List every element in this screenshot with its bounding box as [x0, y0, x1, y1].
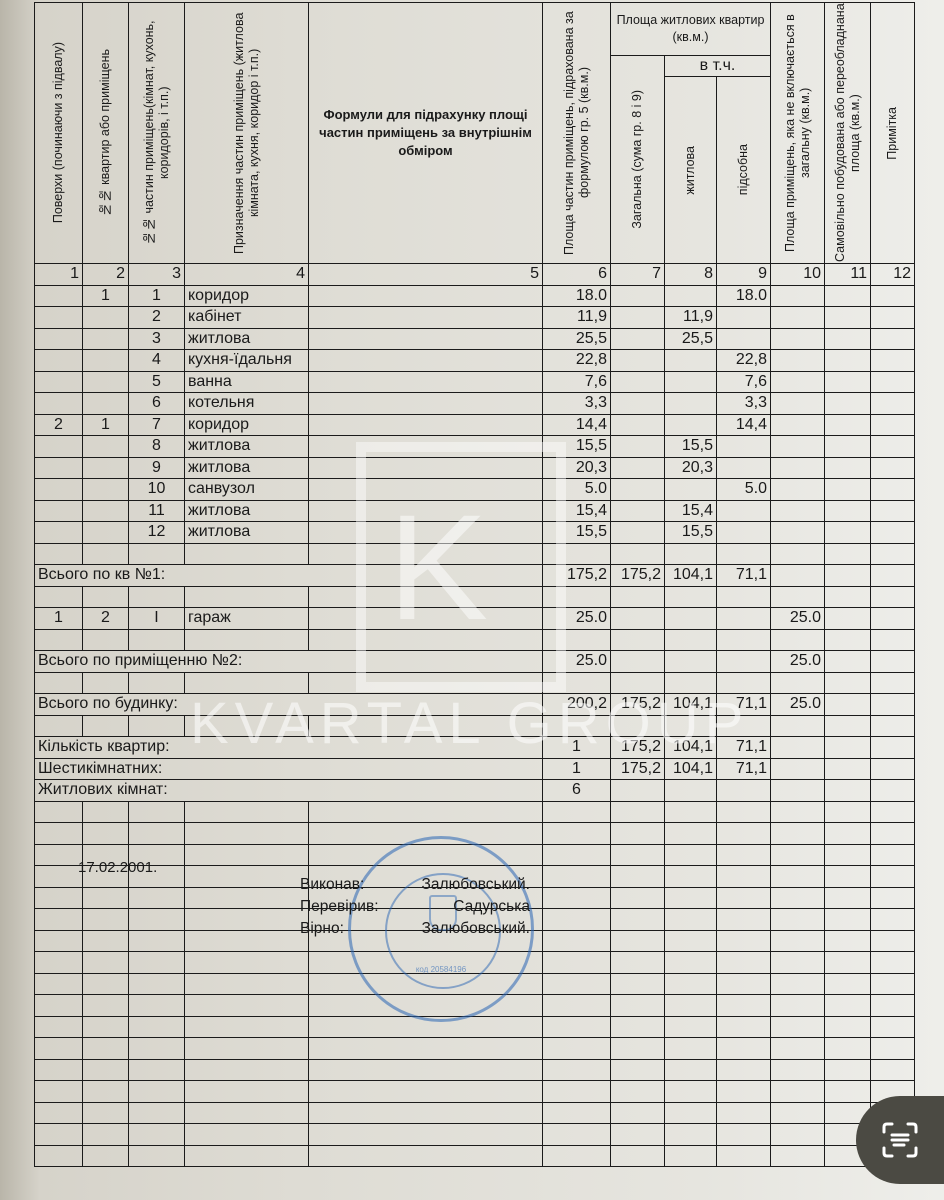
- table-cell: 104,1: [665, 737, 717, 759]
- table-cell: [717, 307, 771, 329]
- table-cell: [611, 995, 665, 1017]
- table-cell: [717, 1081, 771, 1103]
- table-cell: [83, 629, 129, 651]
- table-cell: санвузол: [185, 479, 309, 501]
- table-cell: [83, 995, 129, 1017]
- table-cell: [871, 522, 915, 544]
- table-cell: [185, 887, 309, 909]
- table-cell: [309, 371, 543, 393]
- table-cell: [825, 887, 871, 909]
- table-cell: [825, 350, 871, 372]
- table-cell: 175,2: [611, 737, 665, 759]
- table-cell: [309, 285, 543, 307]
- table-cell: [871, 307, 915, 329]
- table-cell: 7,6: [717, 371, 771, 393]
- table-cell: [871, 737, 915, 759]
- table-cell: [35, 629, 83, 651]
- table-cell: [309, 307, 543, 329]
- table-cell: [35, 436, 83, 458]
- table-cell: [611, 1124, 665, 1146]
- table-cell: [309, 500, 543, 522]
- header-unauthorized: Самовільно побудована або переобладнана …: [825, 3, 871, 264]
- table-cell: [771, 1124, 825, 1146]
- table-cell: [665, 952, 717, 974]
- table-cell: [771, 1081, 825, 1103]
- table-cell: 3: [129, 328, 185, 350]
- table-cell: 71,1: [717, 737, 771, 759]
- table-cell: [35, 844, 83, 866]
- table-cell: [611, 887, 665, 909]
- table-cell: 15,4: [543, 500, 611, 522]
- apartments-count-row: Кількість квартир:1175,2104,171,1: [35, 737, 915, 759]
- table-cell: [35, 586, 83, 608]
- table-cell: [185, 952, 309, 974]
- table-cell: [543, 1016, 611, 1038]
- table-cell: [871, 457, 915, 479]
- table-cell: [825, 393, 871, 415]
- room-row: 9житлова20,320,3: [35, 457, 915, 479]
- table-cell: [129, 1059, 185, 1081]
- table-cell: [543, 586, 611, 608]
- empty-row: [35, 1038, 915, 1060]
- empty-row: [35, 1081, 915, 1103]
- empty-row: [35, 672, 915, 694]
- table-cell: 15,5: [665, 436, 717, 458]
- table-cell: житлова: [185, 457, 309, 479]
- table-cell: [83, 1124, 129, 1146]
- table-cell: [83, 393, 129, 415]
- table-cell: 175,2: [611, 758, 665, 780]
- table-cell: [825, 328, 871, 350]
- table-cell: [871, 414, 915, 436]
- table-cell: [611, 844, 665, 866]
- table-cell: котельня: [185, 393, 309, 415]
- table-cell: [717, 780, 771, 802]
- table-cell: 175,2: [611, 565, 665, 587]
- column-index: 10: [771, 264, 825, 286]
- table-cell: [665, 973, 717, 995]
- table-cell: [717, 436, 771, 458]
- table-cell: [611, 414, 665, 436]
- table-cell: 8: [129, 436, 185, 458]
- empty-row: [35, 586, 915, 608]
- table-cell: [771, 328, 825, 350]
- table-cell: [771, 307, 825, 329]
- table-cell: [825, 866, 871, 888]
- table-cell: [717, 995, 771, 1017]
- table-cell: [611, 801, 665, 823]
- table-cell: [35, 1145, 83, 1167]
- table-cell: [83, 457, 129, 479]
- table-cell: [35, 457, 83, 479]
- table-cell: [771, 1102, 825, 1124]
- table-cell: [825, 823, 871, 845]
- table-cell: [871, 565, 915, 587]
- table-cell: [35, 823, 83, 845]
- table-cell: [543, 887, 611, 909]
- table-cell: [665, 543, 717, 565]
- table-cell: 5: [129, 371, 185, 393]
- table-cell: [665, 1081, 717, 1103]
- table-cell: житлова: [185, 436, 309, 458]
- table-cell: [611, 328, 665, 350]
- signature-executed: Виконав:Залюбовський.: [300, 874, 530, 896]
- table-cell: [771, 844, 825, 866]
- table-cell: гараж: [185, 608, 309, 630]
- table-cell: [129, 1016, 185, 1038]
- room-row: 10санвузол5.05.0: [35, 479, 915, 501]
- table-cell: [771, 436, 825, 458]
- table-cell: [129, 930, 185, 952]
- table-cell: [185, 866, 309, 888]
- table-cell: [309, 1059, 543, 1081]
- table-cell: [309, 1145, 543, 1167]
- table-cell: 14,4: [717, 414, 771, 436]
- table-cell: [543, 629, 611, 651]
- table-cell: [771, 887, 825, 909]
- table-cell: [717, 672, 771, 694]
- table-cell: [717, 1059, 771, 1081]
- document-photo: Поверхи (починаючи з підвалу) №№ квартир…: [0, 0, 944, 1200]
- table-cell: [665, 715, 717, 737]
- table-cell: 5.0: [543, 479, 611, 501]
- table-cell: [771, 737, 825, 759]
- table-cell: [611, 629, 665, 651]
- table-cell: [35, 866, 83, 888]
- table-cell: [543, 844, 611, 866]
- table-cell: [871, 371, 915, 393]
- column-index: 8: [665, 264, 717, 286]
- table-cell: [185, 1038, 309, 1060]
- room-row: 8житлова15,515,5: [35, 436, 915, 458]
- table-cell: [771, 909, 825, 931]
- table-cell: [771, 995, 825, 1017]
- table-cell: ванна: [185, 371, 309, 393]
- table-cell: [83, 973, 129, 995]
- table-cell: [871, 930, 915, 952]
- table-cell: [825, 1038, 871, 1060]
- table-cell: [309, 414, 543, 436]
- table-cell: [129, 1081, 185, 1103]
- table-cell: [665, 1124, 717, 1146]
- total-apartment-row: Всього по кв №1:175,2175,2104,171,1: [35, 565, 915, 587]
- table-cell: [825, 651, 871, 673]
- table-cell: 71,1: [717, 758, 771, 780]
- table-cell: [611, 285, 665, 307]
- header-room-numbers: №№ частин приміщень(кімнат, кухонь, кори…: [129, 3, 185, 264]
- table-cell: [129, 543, 185, 565]
- table-cell: [825, 522, 871, 544]
- table-cell: [771, 973, 825, 995]
- table-cell: 18.0: [717, 285, 771, 307]
- table-cell: [717, 608, 771, 630]
- table-cell: 11,9: [665, 307, 717, 329]
- table-cell: [35, 973, 83, 995]
- table-cell: [185, 1016, 309, 1038]
- table-cell: 6: [129, 393, 185, 415]
- table-cell: [129, 1038, 185, 1060]
- table-cell: [771, 866, 825, 888]
- table-cell: [717, 887, 771, 909]
- empty-row: [35, 1102, 915, 1124]
- table-cell: [717, 1145, 771, 1167]
- table-cell: [665, 393, 717, 415]
- table-cell: [543, 995, 611, 1017]
- table-cell: [185, 823, 309, 845]
- table-cell: 18.0: [543, 285, 611, 307]
- table-cell: [871, 285, 915, 307]
- row-label: Всього по приміщенню №2:: [35, 651, 543, 673]
- table-cell: [665, 1102, 717, 1124]
- table-cell: 25,5: [543, 328, 611, 350]
- table-cell: [185, 801, 309, 823]
- header-formulas: Формули для підрахунку площі частин прим…: [309, 3, 543, 264]
- table-cell: [543, 930, 611, 952]
- table-cell: [665, 801, 717, 823]
- table-cell: [717, 909, 771, 931]
- empty-row: [35, 1124, 915, 1146]
- table-cell: [83, 371, 129, 393]
- column-index: 7: [611, 264, 665, 286]
- table-cell: [611, 823, 665, 845]
- table-cell: [825, 586, 871, 608]
- table-cell: [825, 629, 871, 651]
- table-cell: [771, 285, 825, 307]
- table-cell: 6: [543, 780, 611, 802]
- table-cell: 20,3: [665, 457, 717, 479]
- table-cell: [543, 715, 611, 737]
- header-including: в т.ч.: [665, 56, 771, 77]
- room-row: 4кухня-їдальня22,822,8: [35, 350, 915, 372]
- table-cell: [825, 780, 871, 802]
- table-cell: [825, 285, 871, 307]
- table-cell: 200,2: [543, 694, 611, 716]
- table-cell: [83, 500, 129, 522]
- table-cell: [665, 780, 717, 802]
- table-cell: [825, 995, 871, 1017]
- table-cell: [665, 909, 717, 931]
- table-cell: [543, 1038, 611, 1060]
- column-index-row: 123456789101112: [35, 264, 915, 286]
- table-cell: [611, 930, 665, 952]
- table-cell: [185, 973, 309, 995]
- table-cell: [309, 479, 543, 501]
- table-cell: [309, 629, 543, 651]
- table-cell: [871, 866, 915, 888]
- table-cell: 3,3: [717, 393, 771, 415]
- table-cell: [871, 1016, 915, 1038]
- table-cell: [871, 909, 915, 931]
- table-cell: [543, 672, 611, 694]
- table-cell: 25.0: [771, 694, 825, 716]
- table-cell: [129, 823, 185, 845]
- table-cell: [309, 328, 543, 350]
- table-cell: [825, 952, 871, 974]
- total-premise-row: Всього по приміщенню №2:25.025.0: [35, 651, 915, 673]
- signatures: Виконав:Залюбовський. Перевірив:Садурськ…: [300, 874, 530, 940]
- table-cell: [309, 1102, 543, 1124]
- table-cell: [35, 479, 83, 501]
- text-scan-icon: [878, 1118, 922, 1162]
- table-cell: [717, 500, 771, 522]
- table-cell: [825, 457, 871, 479]
- table-cell: [825, 715, 871, 737]
- table-cell: [717, 801, 771, 823]
- table-cell: [35, 887, 83, 909]
- room-row: 3житлова25,525,5: [35, 328, 915, 350]
- table-cell: [871, 543, 915, 565]
- table-cell: [35, 952, 83, 974]
- table-cell: [665, 414, 717, 436]
- table-cell: [871, 479, 915, 501]
- table-cell: [665, 629, 717, 651]
- table-cell: [825, 672, 871, 694]
- table-cell: [771, 823, 825, 845]
- table-cell: [665, 1145, 717, 1167]
- table-cell: [771, 500, 825, 522]
- table-cell: [825, 608, 871, 630]
- six-room-row: Шестикімнатних:1175,2104,171,1: [35, 758, 915, 780]
- table-cell: 3,3: [543, 393, 611, 415]
- table-cell: 25.0: [543, 608, 611, 630]
- table-cell: [871, 844, 915, 866]
- table-cell: [871, 436, 915, 458]
- empty-row: [35, 1145, 915, 1167]
- table-cell: [611, 672, 665, 694]
- table-cell: [611, 1102, 665, 1124]
- table-cell: 104,1: [665, 694, 717, 716]
- table-cell: [825, 500, 871, 522]
- table-cell: [309, 1124, 543, 1146]
- table-cell: [35, 500, 83, 522]
- table-cell: [35, 1016, 83, 1038]
- table-cell: [825, 479, 871, 501]
- table-cell: 7: [129, 414, 185, 436]
- column-index: 12: [871, 264, 915, 286]
- table-cell: [771, 801, 825, 823]
- table-cell: житлова: [185, 328, 309, 350]
- table-cell: I: [129, 608, 185, 630]
- table-cell: [83, 715, 129, 737]
- table-cell: [543, 909, 611, 931]
- table-cell: 22,8: [543, 350, 611, 372]
- table-cell: [871, 1038, 915, 1060]
- table-cell: [665, 1059, 717, 1081]
- table-cell: [871, 500, 915, 522]
- living-rooms-row: Житлових кімнат:6: [35, 780, 915, 802]
- table-cell: [611, 1081, 665, 1103]
- table-cell: [825, 565, 871, 587]
- table-cell: 1: [543, 758, 611, 780]
- table-cell: 1: [83, 285, 129, 307]
- table-cell: [825, 930, 871, 952]
- table-cell: [665, 586, 717, 608]
- table-cell: [35, 930, 83, 952]
- table-cell: 7,6: [543, 371, 611, 393]
- table-cell: [717, 1102, 771, 1124]
- empty-row: [35, 823, 915, 845]
- column-index: 3: [129, 264, 185, 286]
- table-cell: [83, 1038, 129, 1060]
- table-cell: [665, 823, 717, 845]
- table-cell: [771, 629, 825, 651]
- header-living-group: Площа житлових квартир (кв.м.): [611, 3, 771, 56]
- table-cell: 11,9: [543, 307, 611, 329]
- row-label: Всього по кв №1:: [35, 565, 543, 587]
- table-cell: кабінет: [185, 307, 309, 329]
- table-cell: [665, 672, 717, 694]
- table-cell: [871, 350, 915, 372]
- table-cell: [543, 866, 611, 888]
- table-cell: [83, 909, 129, 931]
- table-cell: [771, 457, 825, 479]
- table-cell: [771, 522, 825, 544]
- table-cell: [83, 801, 129, 823]
- room-row: 11житлова15,415,4: [35, 500, 915, 522]
- table-cell: [309, 801, 543, 823]
- table-cell: [309, 436, 543, 458]
- table-cell: [871, 973, 915, 995]
- table-cell: [35, 801, 83, 823]
- table-cell: [771, 930, 825, 952]
- column-index: 4: [185, 264, 309, 286]
- table-cell: [717, 715, 771, 737]
- table-cell: [83, 1016, 129, 1038]
- table-cell: 2: [35, 414, 83, 436]
- table-cell: [665, 930, 717, 952]
- table-cell: [771, 952, 825, 974]
- table-cell: [129, 995, 185, 1017]
- empty-row: [35, 629, 915, 651]
- table-cell: [771, 543, 825, 565]
- table-cell: 1: [129, 285, 185, 307]
- table-cell: 14,4: [543, 414, 611, 436]
- table-cell: [35, 1038, 83, 1060]
- table-cell: [611, 500, 665, 522]
- table-cell: [717, 1124, 771, 1146]
- table-cell: [35, 328, 83, 350]
- table-cell: [83, 672, 129, 694]
- table-cell: [871, 328, 915, 350]
- table-cell: [611, 608, 665, 630]
- table-cell: [665, 479, 717, 501]
- table-cell: [309, 1081, 543, 1103]
- table-cell: [83, 350, 129, 372]
- table-cell: [129, 586, 185, 608]
- table-cell: [771, 371, 825, 393]
- room-row: 12житлова15,515,5: [35, 522, 915, 544]
- text-scan-button[interactable]: [856, 1096, 944, 1184]
- header-row: Поверхи (починаючи з підвалу) №№ квартир…: [35, 3, 915, 56]
- table-cell: 25,5: [665, 328, 717, 350]
- column-index: 6: [543, 264, 611, 286]
- table-cell: 25.0: [771, 608, 825, 630]
- table-cell: 2: [83, 608, 129, 630]
- table-cell: [611, 479, 665, 501]
- table-cell: [611, 371, 665, 393]
- table-cell: 15,5: [543, 436, 611, 458]
- table-cell: [665, 995, 717, 1017]
- table-cell: [83, 887, 129, 909]
- table-cell: кухня-їдальня: [185, 350, 309, 372]
- table-cell: [185, 995, 309, 1017]
- column-index: 1: [35, 264, 83, 286]
- table-cell: [771, 758, 825, 780]
- table-cell: [129, 629, 185, 651]
- table-cell: [871, 887, 915, 909]
- table-cell: [309, 672, 543, 694]
- table-cell: [611, 866, 665, 888]
